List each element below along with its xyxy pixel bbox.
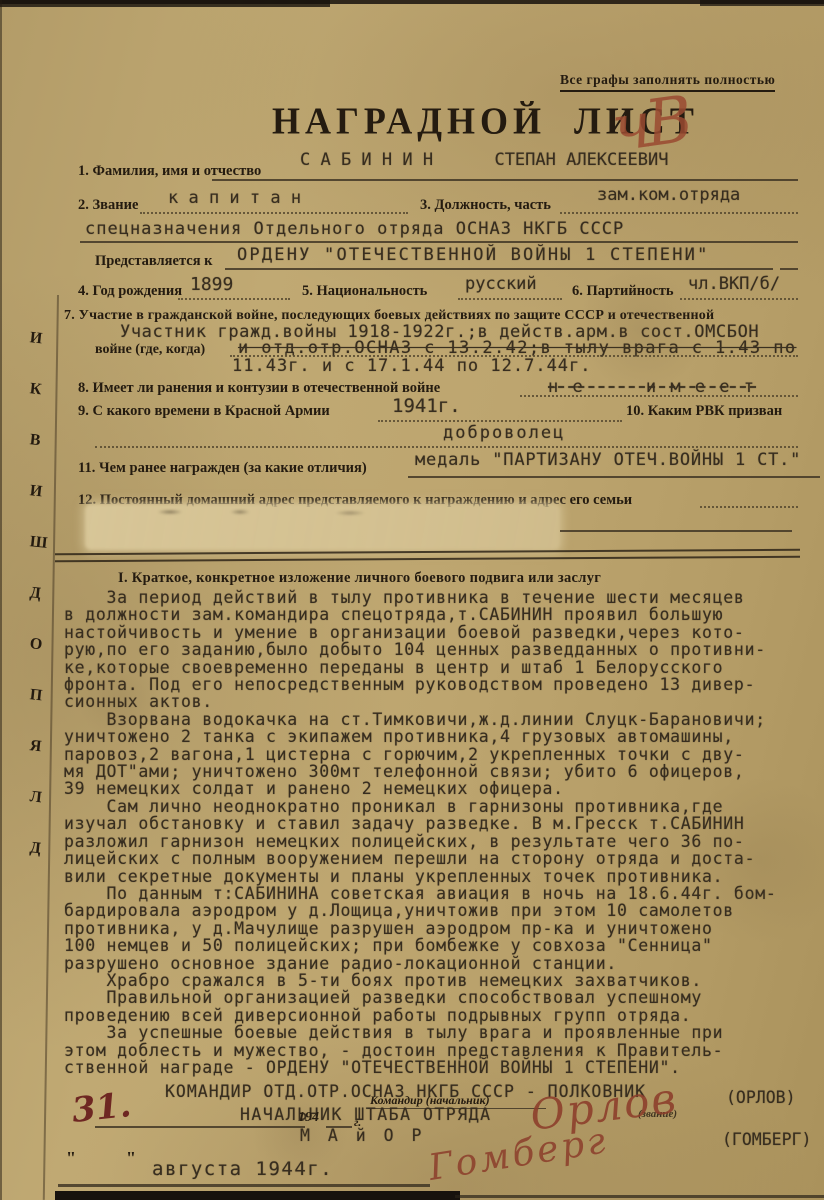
list-item: О — [25, 635, 48, 688]
field-9-value: 1941г. — [392, 395, 461, 417]
list-item: вили секретные документы и планы укрепле… — [64, 868, 776, 885]
list-item: сионных актов. — [64, 693, 776, 710]
represented-to-line-2 — [780, 268, 798, 270]
list-item: проведению всей диверсионной работы подр… — [64, 1007, 776, 1024]
field-6-value: чл.ВКП/б/ — [688, 274, 780, 294]
field-3-line — [560, 212, 798, 214]
field-3-label: 3. Должность, часть — [420, 197, 551, 214]
list-item: Л — [25, 788, 48, 841]
represented-to-value: ОРДЕНУ "ОТЕЧЕСТВЕННОЙ ВОЙНЫ 1 СТЕПЕНИ" — [237, 245, 710, 265]
date-quote-close: " — [126, 1148, 136, 1169]
chief-of-staff-rank: М А й О Р — [300, 1126, 425, 1145]
binding-margin-note: ИКВИШДОПЯЛД — [28, 330, 46, 891]
field-11-line — [408, 476, 820, 478]
list-item: Я — [25, 737, 48, 790]
represented-to-line — [225, 268, 773, 270]
list-item: Взорвана водокачка на ст.Тимковичи,ж.д.л… — [64, 711, 776, 728]
list-item: мя ДОТ"ами; уничтожено 300мт телефонной … — [64, 763, 776, 780]
field-7-label-line2: войне (где, когда) — [95, 342, 205, 358]
redaction-text-remnant — [150, 508, 430, 516]
date-month-year: августа 1944г. — [152, 1158, 333, 1180]
field-10-line — [95, 446, 798, 448]
field-1-line — [212, 179, 798, 181]
field-3-continued-line — [80, 241, 798, 243]
field-12-line-right — [700, 506, 798, 508]
field-8-label: 8. Имеет ли ранения и контузии в отечест… — [78, 380, 440, 397]
field-3-value: зам.ком.отряда — [597, 185, 740, 205]
field-6-line — [680, 298, 798, 300]
field-9-line — [378, 420, 622, 422]
field-10-label: 10. Каким РВК призван — [626, 403, 782, 420]
field-8-value: н е и м е е т — [548, 377, 756, 397]
list-item: разложил гарнизон немецких полицейских, … — [64, 833, 776, 850]
section-heading: I. Краткое, конкретное изложение личного… — [118, 570, 601, 587]
section-divider-bottom — [55, 556, 800, 563]
field-10-value: доброволец — [443, 423, 565, 443]
list-item: Правильной организацией разведки способс… — [64, 989, 776, 1006]
chief-of-staff-name: (ГОМБЕРГ) — [722, 1130, 811, 1149]
list-item: паровоз,2 вагона,1 цистерна с горючим,2 … — [64, 746, 776, 763]
date-quote-open: " — [66, 1148, 76, 1169]
chief-of-staff-title-line: НАЧАЛЬНИК ШТАБА ОТРЯДА — [240, 1105, 492, 1124]
field-11-value: медаль "ПАРТИЗАНУ ОТЕЧ.ВОЙНЫ 1 СТ." — [415, 450, 801, 470]
list-item: П — [25, 686, 48, 739]
field-11-label: 11. Чем ранее награжден (за какие отличи… — [78, 460, 367, 477]
preprinted-year: 194 — [298, 1110, 319, 1126]
list-item: настойчивость и умение в организации бое… — [64, 624, 776, 641]
field-8-line — [520, 395, 798, 397]
field-2-line — [140, 212, 408, 214]
scan-edge-bottom-line — [455, 1195, 824, 1198]
scan-edge-top-right — [700, 0, 824, 6]
scan-edge-left — [0, 0, 2, 1200]
list-item: Д — [25, 839, 48, 892]
list-item: в должности зам.командира спецотряда,т.С… — [64, 606, 776, 623]
list-item: К — [25, 380, 48, 433]
list-item: По данным т:САБИНИНА советская авиация в… — [64, 885, 776, 902]
citation-body: За период действий в тылу противника в т… — [64, 589, 776, 1076]
list-item: Ш — [25, 533, 48, 586]
field-7-line — [230, 355, 798, 357]
gomberg-signature-autograph: Гомберг — [426, 1120, 611, 1189]
field-1-value: С А Б И Н И Н СТЕПАН АЛЕКСЕЕВИЧ — [300, 150, 668, 170]
list-item: Храбро сражался в 5-ти боях против немец… — [64, 972, 776, 989]
field-1-label: 1. Фамилия, имя и отчество — [78, 163, 261, 180]
award-sheet-document: ИКВИШДОПЯЛД Все графы заполнять полность… — [0, 0, 824, 1200]
preprinted-year-line — [326, 1126, 352, 1128]
list-item: изучал обстановку и ставил задачу развед… — [64, 815, 776, 832]
field-3-value-continued: спецназначения Отдельного отряда ОСНАЗ Н… — [85, 219, 624, 239]
field-7-value-line3: 11.43г. и с 17.1.44 по 12.7.44г. — [232, 356, 592, 376]
list-item: лицейских с полным вооружением перешли н… — [64, 850, 776, 867]
list-item: бардировала аэродром у д.Лощица,уничтожи… — [64, 902, 776, 919]
field-5-label: 5. Национальность — [302, 283, 427, 300]
list-item: В — [25, 431, 48, 484]
commander-name: (ОРЛОВ) — [726, 1088, 796, 1107]
list-item: разрушено основное здание радио-локацион… — [64, 955, 776, 972]
list-item: фронта. Под его непосредственным руковод… — [64, 676, 776, 693]
represented-to-label: Представляется к — [95, 253, 213, 270]
list-item: И — [25, 482, 48, 535]
field-6-label: 6. Партийность — [572, 283, 674, 300]
list-item: И — [25, 329, 48, 382]
scan-edge-top-left — [0, 0, 330, 7]
list-item: За успешные боевые действия в тылу врага… — [64, 1024, 776, 1041]
field-12-line-short — [560, 530, 792, 532]
list-item: рую,по его заданию,было добыто 104 ценны… — [64, 641, 776, 658]
list-item: уничтожено 2 танка с экипажем противника… — [64, 728, 776, 745]
list-item: 39 немецких солдат и ранено 2 немецких о… — [64, 780, 776, 797]
date-line-left — [95, 1126, 305, 1128]
field-4-value: 1899 — [190, 274, 233, 295]
field-2-value: к а п и т а н — [168, 188, 301, 208]
field-2-label: 2. Звание — [78, 197, 138, 214]
preprinted-year-suffix: г. — [354, 1115, 361, 1130]
list-item: противника, у д.Мачулище разрушен аэродр… — [64, 920, 776, 937]
field-4-line — [178, 298, 290, 300]
list-item: 100 немцев и 50 полицейских; при бомбежк… — [64, 937, 776, 954]
list-item: За период действий в тылу противника в т… — [64, 589, 776, 606]
handwritten-day: 31. — [70, 1085, 133, 1131]
date-underline — [58, 1184, 430, 1187]
field-9-label: 9. С какого времени в Красной Армии — [78, 403, 330, 420]
list-item: ке,которые своевременно переданы в центр… — [64, 659, 776, 676]
scan-edge-bottom-bar — [55, 1191, 460, 1200]
field-4-label: 4. Год рождения — [78, 283, 182, 300]
field-5-line — [458, 298, 562, 300]
list-item: этом доблесть и мужество, - достоин пред… — [64, 1042, 776, 1059]
list-item: Д — [25, 584, 48, 637]
field-5-value: русский — [465, 274, 537, 294]
list-item: Сам лично неоднократно проникал в гарниз… — [64, 798, 776, 815]
